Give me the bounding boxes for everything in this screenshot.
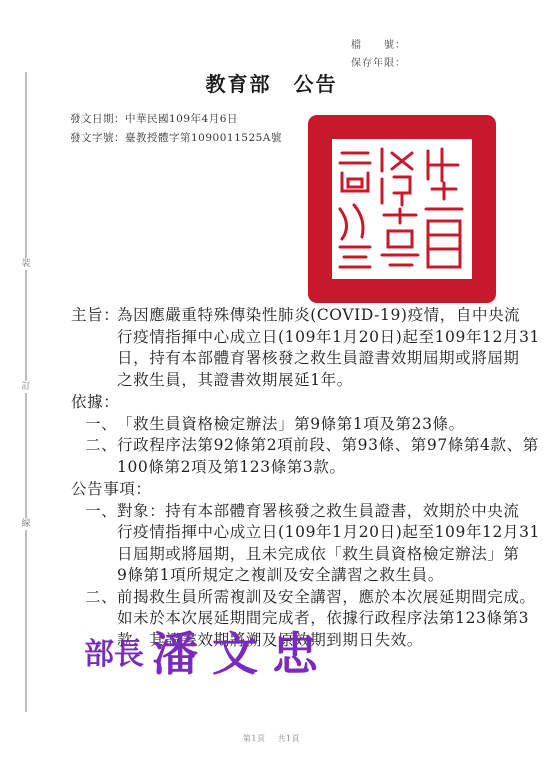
- page-footer: 第1頁共1頁: [0, 733, 543, 744]
- subject-label: 主旨：: [71, 305, 119, 326]
- subject-line: 日，持有本部體育署核發之救生員證書效期屆期或將屆期: [117, 348, 520, 369]
- document-type: 公告: [294, 72, 338, 96]
- retention-period-label: 保存年限：: [351, 54, 406, 69]
- announcement-item-line: 行疫情指揮中心成立日(109年1月20日)起至109年12月31: [117, 522, 540, 543]
- seal-inner-field: [332, 139, 472, 279]
- subject-line: 之救生員，其證書效期展延1年。: [117, 370, 353, 391]
- announcement-item-line: 前揭救生員所需複訓及安全講習，應於本次展延期間完成。: [117, 587, 536, 608]
- subject-line: 為因應嚴重特殊傳染性肺炎(COVID-19)疫情，自中央流: [117, 305, 520, 326]
- issue-date-value: 中華民國109年4月6日: [125, 113, 238, 125]
- page-number: 第1頁: [243, 734, 266, 743]
- agency-name: 教育部: [206, 72, 272, 96]
- basis-item-line: 「救生員資格檢定辦法」第9條第1項及第23條。: [117, 414, 465, 435]
- minister-signature: 部長潘文忠: [84, 618, 332, 684]
- page-total: 共1頁: [278, 734, 301, 743]
- subject-line: 行疫情指揮中心成立日(109年1月20日)起至109年12月31: [117, 327, 540, 348]
- binding-mark-xian: 線: [19, 518, 33, 530]
- binding-mark-ding: 訂: [19, 381, 33, 393]
- basis-item-line: 100條第2項及第123條第3款。: [117, 457, 346, 478]
- basis-item-number: 一、: [85, 414, 117, 435]
- announcement-item-line: 對象：持有本部體育署核發之救生員證書，效期於中央流: [117, 501, 520, 522]
- announcement-item-line: 日屆期或將屆期，且未完成依「救生員資格檢定辦法」第: [117, 544, 520, 565]
- signature-title: 部長: [84, 637, 144, 672]
- archive-number-label: 檔 號：: [351, 36, 406, 51]
- reference-number: 發文字號：臺教授體字第1090011525A號: [70, 130, 282, 145]
- announcement-item-line: 9條第1項所規定之複訓及安全講習之救生員。: [117, 565, 444, 586]
- announcement-label: 公告事項：: [71, 479, 152, 500]
- official-seal: [308, 115, 496, 303]
- issue-date: 發文日期：中華民國109年4月6日: [70, 111, 238, 126]
- basis-item-line: 行政程序法第92條第2項前段、第93條、第97條第4款、第: [117, 435, 539, 456]
- seal-glyphs-icon: [332, 139, 472, 279]
- reference-number-value: 臺教授體字第1090011525A號: [125, 132, 282, 144]
- binding-mark-zhuang: 裝: [19, 258, 33, 270]
- announcement-item-number: 二、: [85, 587, 117, 608]
- signature-name: 潘文忠: [152, 627, 332, 681]
- issue-date-label: 發文日期：: [70, 113, 125, 125]
- reference-number-label: 發文字號：: [70, 132, 125, 144]
- basis-label: 依據：: [71, 392, 119, 413]
- announcement-item-number: 一、: [85, 501, 117, 522]
- document-title: 教育部公告: [0, 68, 543, 97]
- basis-item-number: 二、: [85, 435, 117, 456]
